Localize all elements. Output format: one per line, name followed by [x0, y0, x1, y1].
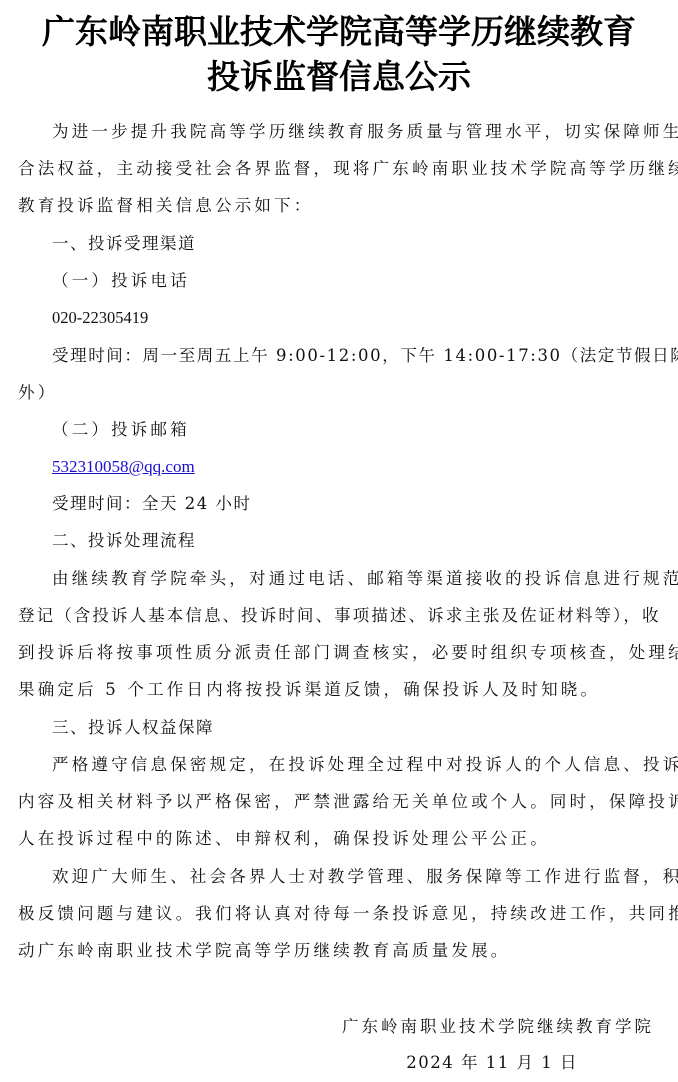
section3-line-2: 内容及相关材料予以严格保密，严禁泄露给无关单位或个人。同时，保障投诉 — [18, 791, 660, 813]
document-title-line1: 广东岭南职业技术学院高等学历继续教育 — [0, 12, 678, 52]
section1-heading: 一、投诉受理渠道 — [52, 233, 660, 255]
closing-line-1: 欢迎广大师生、社会各界人士对教学管理、服务保障等工作进行监督，积 — [52, 866, 660, 888]
complaint-email-link[interactable]: 532310058@qq.com — [52, 457, 195, 476]
section2-line-4: 果确定后 5 个工作日内将按投诉渠道反馈，确保投诉人及时知晓。 — [18, 679, 660, 701]
intro-line-3: 教育投诉监督相关信息公示如下： — [18, 195, 660, 217]
section3-line-3: 人在投诉过程中的陈述、申辩权利，确保投诉处理公平公正。 — [18, 828, 660, 850]
intro-line-1: 为进一步提升我院高等学历继续教育服务质量与管理水平，切实保障师生 — [52, 121, 660, 143]
closing-line-2: 极反馈问题与建议。我们将认真对待每一条投诉意见，持续改进工作，共同推 — [18, 903, 660, 925]
email-hours: 受理时间：全天 24 小时 — [52, 493, 660, 515]
section2-line-2: 登记（含投诉人基本信息、投诉时间、事项描述、诉求主张及佐证材料等），收 — [18, 605, 660, 627]
phone-hours-line-2: 外） — [18, 382, 660, 404]
signature-date: 2024 年 11 月 1 日 — [406, 1049, 578, 1073]
section3-line-1: 严格遵守信息保密规定，在投诉处理全过程中对投诉人的个人信息、投诉 — [52, 754, 660, 776]
section3-heading: 三、投诉人权益保障 — [52, 717, 660, 739]
section2-line-1: 由继续教育学院牵头，对通过电话、邮箱等渠道接收的投诉信息进行规范 — [52, 568, 660, 590]
signature-organization: 广东岭南职业技术学院继续教育学院 — [342, 1013, 654, 1037]
phone-hours-line-1: 受理时间：周一至周五上午 9:00-12:00，下午 14:00-17:30（法… — [52, 345, 660, 367]
document-title-line2: 投诉监督信息公示 — [0, 57, 678, 97]
section2-line-3: 到投诉后将按事项性质分派责任部门调查核实，必要时组织专项核查，处理结 — [18, 642, 660, 664]
phone-number: 020-22305419 — [52, 307, 660, 329]
email-subheading: （二）投诉邮箱 — [52, 419, 660, 441]
phone-subheading: （一）投诉电话 — [52, 270, 660, 292]
section2-heading: 二、投诉处理流程 — [52, 530, 660, 552]
closing-line-3: 动广东岭南职业技术学院高等学历继续教育高质量发展。 — [18, 940, 660, 962]
intro-line-2: 合法权益，主动接受社会各界监督，现将广东岭南职业技术学院高等学历继续 — [18, 158, 660, 180]
